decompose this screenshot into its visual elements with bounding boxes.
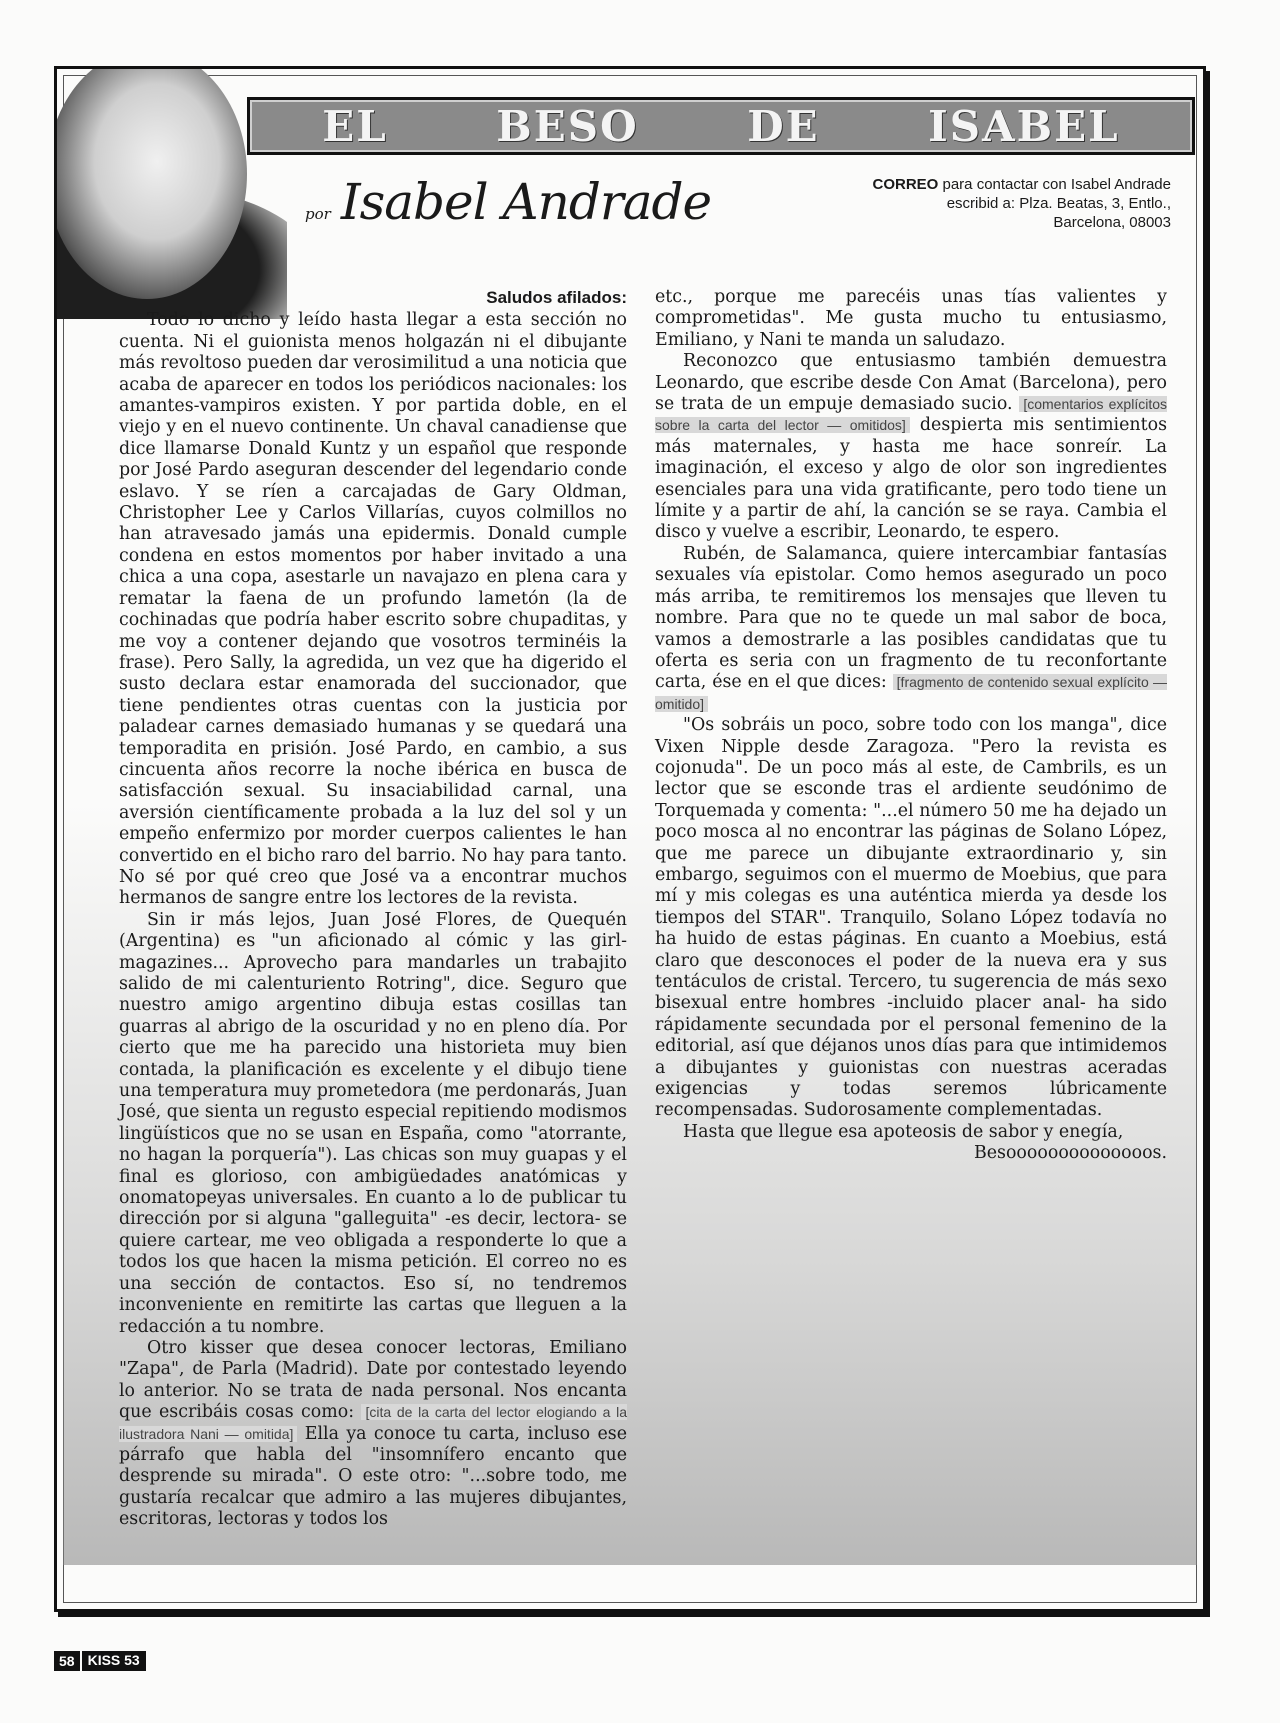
byline-prefix: por (305, 205, 331, 223)
paragraph: Reconozco que entusiasmo también demuest… (655, 351, 1167, 544)
paragraph: Hasta que llegue esa apoteosis de sabor … (655, 1122, 1167, 1143)
paragraph: "Os sobráis un poco, sobre todo con los … (655, 715, 1167, 1122)
title-banner: EL BESO DE ISABEL (247, 97, 1195, 155)
paragraph: Sin ir más lejos, Juan José Flores, de Q… (119, 910, 627, 1338)
byline: por Isabel Andrade (305, 173, 711, 231)
signoff: Besoooooooooooooos. (655, 1143, 1167, 1164)
paragraph: Rubén, de Salamanca, quiere intercambiar… (655, 544, 1167, 715)
magazine-issue: KISS 53 (82, 1651, 146, 1671)
paragraph-text: despierta mis sentimientos más maternale… (655, 415, 1167, 542)
banner-word: DE (747, 102, 819, 151)
page-number: 58 (54, 1651, 80, 1671)
section-heading: Saludos afilados: (119, 287, 627, 308)
contact-line-1: para contactar con Isabel Andrade (943, 176, 1172, 193)
right-column: etc., porque me parecéis unas tías valie… (655, 287, 1167, 1165)
paragraph: etc., porque me parecéis unas tías valie… (655, 287, 1167, 351)
banner-word: EL (322, 102, 388, 151)
page-footer: 58 KISS 53 (54, 1651, 146, 1671)
contact-label: CORREO (872, 176, 938, 193)
banner-word: ISABEL (928, 102, 1120, 151)
author-name: Isabel Andrade (341, 173, 711, 231)
article-frame: EL BESO DE ISABEL por Isabel Andrade COR… (54, 66, 1206, 1612)
contact-line-3: Barcelona, 08003 (1053, 214, 1171, 231)
contact-info: CORREO para contactar con Isabel Andrade… (841, 175, 1171, 232)
paragraph: Otro kisser que desea conocer lectoras, … (119, 1338, 627, 1531)
banner-word: BESO (496, 102, 638, 151)
contact-line-2: escribid a: Plza. Beatas, 3, Entlo., (947, 195, 1171, 212)
paragraph-text: Rubén, de Salamanca, quiere intercambiar… (655, 544, 1167, 692)
paragraph: Todo lo dicho y leído hasta llegar a est… (119, 310, 627, 909)
left-column: Saludos afilados: Todo lo dicho y leído … (119, 287, 627, 1531)
